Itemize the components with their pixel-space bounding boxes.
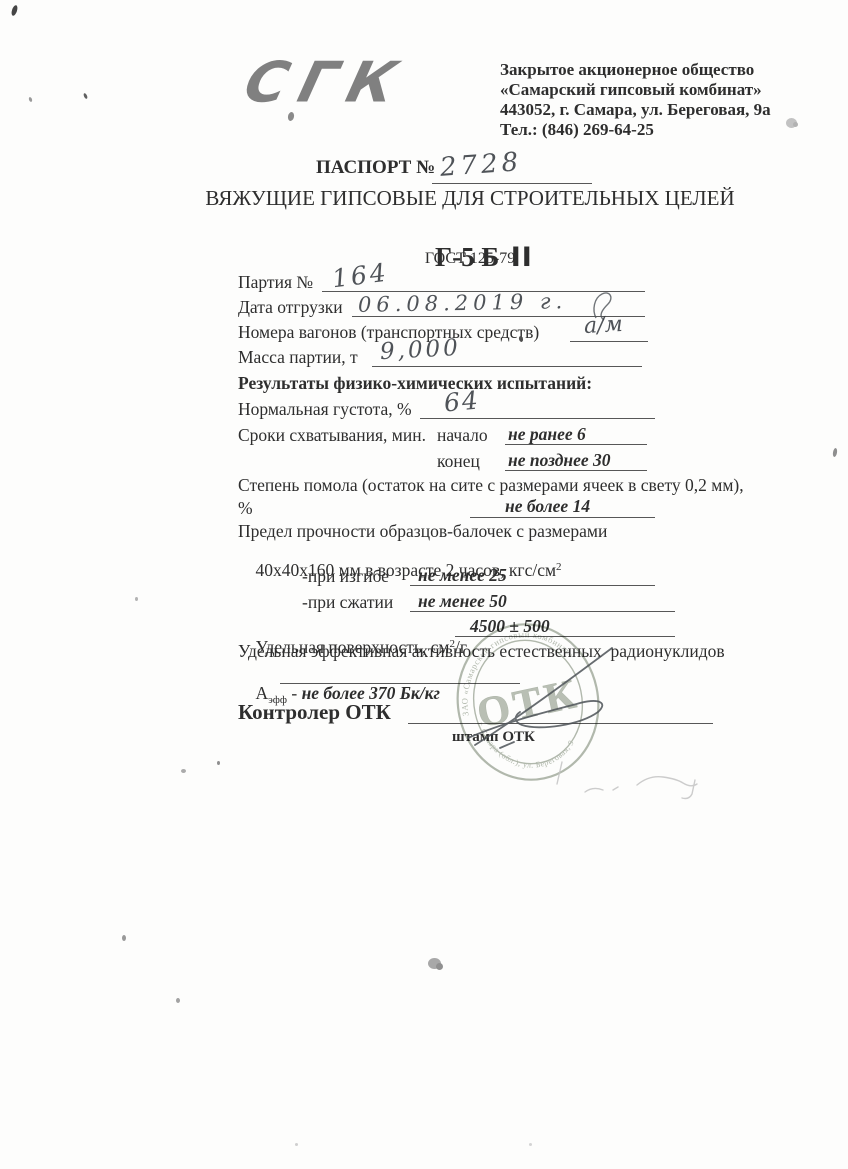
passport-title-label: ПАСПОРТ №	[316, 157, 435, 179]
scan-speck	[793, 122, 798, 127]
scan-speck	[83, 93, 88, 100]
mass-underline	[372, 366, 642, 367]
company-logo: СГК	[238, 51, 415, 116]
document-subtitle: ВЯЖУЩИЕ ГИПСОВЫЕ ДЛЯ СТРОИТЕЛЬНЫХ ЦЕЛЕЙ	[205, 186, 734, 210]
pencil-scribble	[545, 752, 725, 807]
ship-date-label: Дата отгрузки	[238, 297, 343, 317]
strength-label-line2-text: 40х40х160 мм в возрасте 2 часов, кгс/см	[256, 560, 557, 580]
scan-speck	[28, 97, 33, 103]
compression-label: -при сжатии	[302, 592, 393, 612]
scan-speck	[10, 4, 18, 16]
mass-value-handwritten: 9,000	[379, 335, 461, 365]
setting-start-value: не ранее 6	[508, 424, 586, 444]
scan-speck	[529, 1143, 532, 1146]
passport-number-handwritten: 2728	[439, 147, 523, 183]
strength-label-superscript: 2	[556, 561, 562, 573]
wagons-underline	[570, 341, 648, 342]
gost-standard: ГОСТ 125-79	[425, 250, 515, 268]
scan-speck	[135, 597, 138, 601]
scan-speck	[181, 769, 186, 773]
setting-end-underline	[505, 470, 647, 471]
bending-value: не менее 25	[418, 565, 507, 585]
setting-start-label: начало	[437, 425, 488, 445]
setting-end-value: не позднее 30	[508, 450, 611, 470]
bending-label: -при изгибе	[302, 566, 389, 586]
compression-value: не менее 50	[418, 591, 507, 611]
otk-controller-label: Контролер ОТК	[238, 700, 391, 724]
results-heading: Результаты физико-химических испытаний:	[238, 373, 592, 393]
grinding-label-line1: Степень помола (остаток на сите с размер…	[238, 475, 744, 495]
batch-label: Партия №	[238, 272, 313, 292]
setting-start-underline	[505, 444, 647, 445]
company-address: 443052, г. Самара, ул. Береговая, 9а	[500, 100, 771, 120]
scanned-passport-document: СГК Закрытое акционерное общество «Самар…	[0, 0, 848, 1169]
grinding-value: не более 14	[505, 496, 590, 516]
wagons-value-handwritten: а/м	[583, 312, 623, 339]
scan-speck	[122, 935, 126, 941]
ship-date-value-handwritten: 06.08.2019 г.	[358, 289, 568, 317]
scan-speck	[295, 1143, 298, 1146]
company-name-line2: «Самарский гипсовый комбинат»	[500, 80, 762, 100]
scan-speck	[176, 998, 180, 1003]
mass-label: Масса партии, т	[238, 347, 358, 367]
grinding-underline	[470, 517, 655, 518]
density-label: Нормальная густота, %	[238, 399, 412, 419]
batch-value-handwritten: 164	[330, 258, 390, 294]
passport-number-underline	[432, 183, 592, 184]
logo-ink-tail	[287, 111, 295, 121]
density-value-handwritten: 64	[443, 385, 481, 417]
setting-time-label: Сроки схватывания, мин.	[238, 425, 426, 445]
setting-end-label: конец	[437, 451, 480, 471]
strength-label-line1: Предел прочности образцов-балочек с разм…	[238, 521, 607, 541]
controller-signature	[440, 615, 650, 755]
strength-label-line2: 40х40х160 мм в возрасте 2 часов, кгс/см2	[238, 540, 562, 600]
company-name-line1: Закрытое акционерное общество	[500, 60, 754, 80]
bending-underline	[410, 585, 655, 586]
scan-speck	[217, 761, 220, 765]
company-phone: Тел.: (846) 269-64-25	[500, 120, 654, 140]
grinding-label-line2: %	[238, 498, 253, 518]
scan-speck	[832, 448, 838, 458]
scan-speck	[436, 963, 443, 970]
density-underline	[420, 418, 655, 419]
